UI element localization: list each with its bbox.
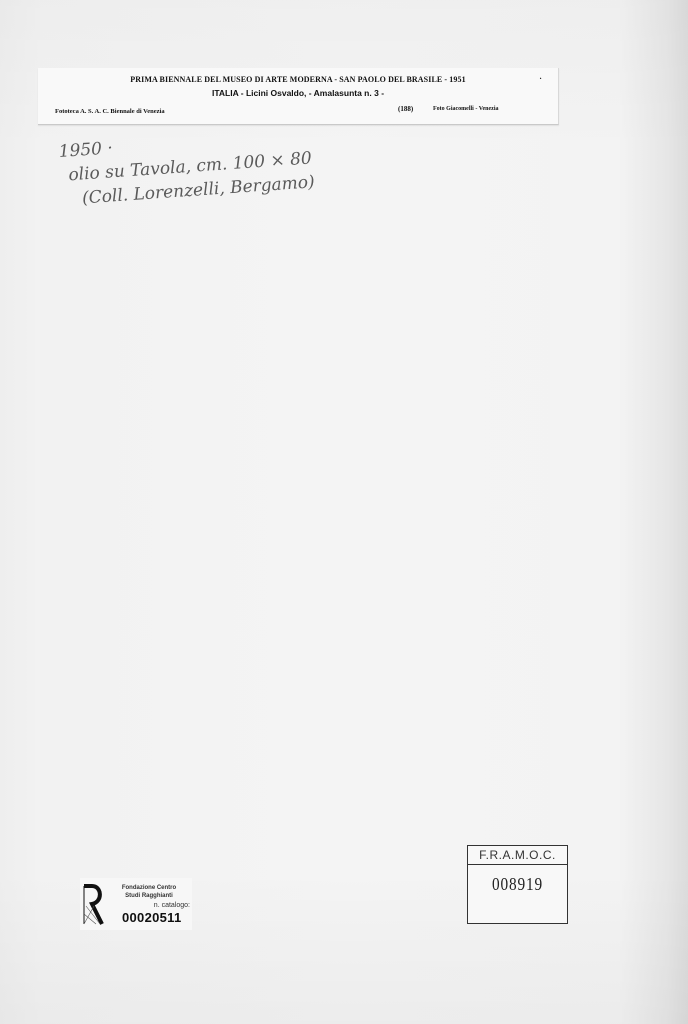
caption-exhibition-title: PRIMA BIENNALE DEL MUSEO DI ARTE MODERNA… (38, 75, 558, 84)
framoc-inventory-stamp: F.R.A.M.O.C. 008919 (467, 845, 568, 924)
caption-archive-credit: Fototeca A. S. A. C. Biennale di Venezia (55, 108, 165, 115)
caption-photo-credit: Foto Giacomelli - Venezia (433, 106, 499, 112)
caption-mark: · (539, 74, 542, 83)
foundation-name-line-2: Studi Ragghianti (118, 892, 180, 900)
caption-photo-number: (188) (398, 105, 413, 113)
handwritten-note: 1950 · olio su Tavola, cm. 100 × 80 (Col… (58, 122, 315, 211)
fcsr-catalog-stamp: Fondazione Centro Studi Ragghianti n. ca… (80, 878, 192, 930)
caption-line-1: PRIMA BIENNALE DEL MUSEO DI ARTE MODERNA… (130, 75, 465, 84)
foundation-name-line-1: Fondazione Centro (118, 884, 180, 892)
printed-caption-label: PRIMA BIENNALE DEL MUSEO DI ARTE MODERNA… (38, 68, 559, 125)
framoc-inventory-number: 008919 (475, 874, 559, 895)
catalog-number: 00020511 (122, 910, 182, 925)
caption-artwork-title: ITALIA - Licini Osvaldo, - Amalasunta n.… (38, 88, 558, 98)
foundation-name: Fondazione Centro Studi Ragghianti (118, 884, 180, 900)
catalog-label: n. catalogo: (132, 902, 190, 909)
framoc-header: F.R.A.M.O.C. (468, 846, 567, 865)
ragghianti-r-logo-icon (82, 884, 104, 926)
